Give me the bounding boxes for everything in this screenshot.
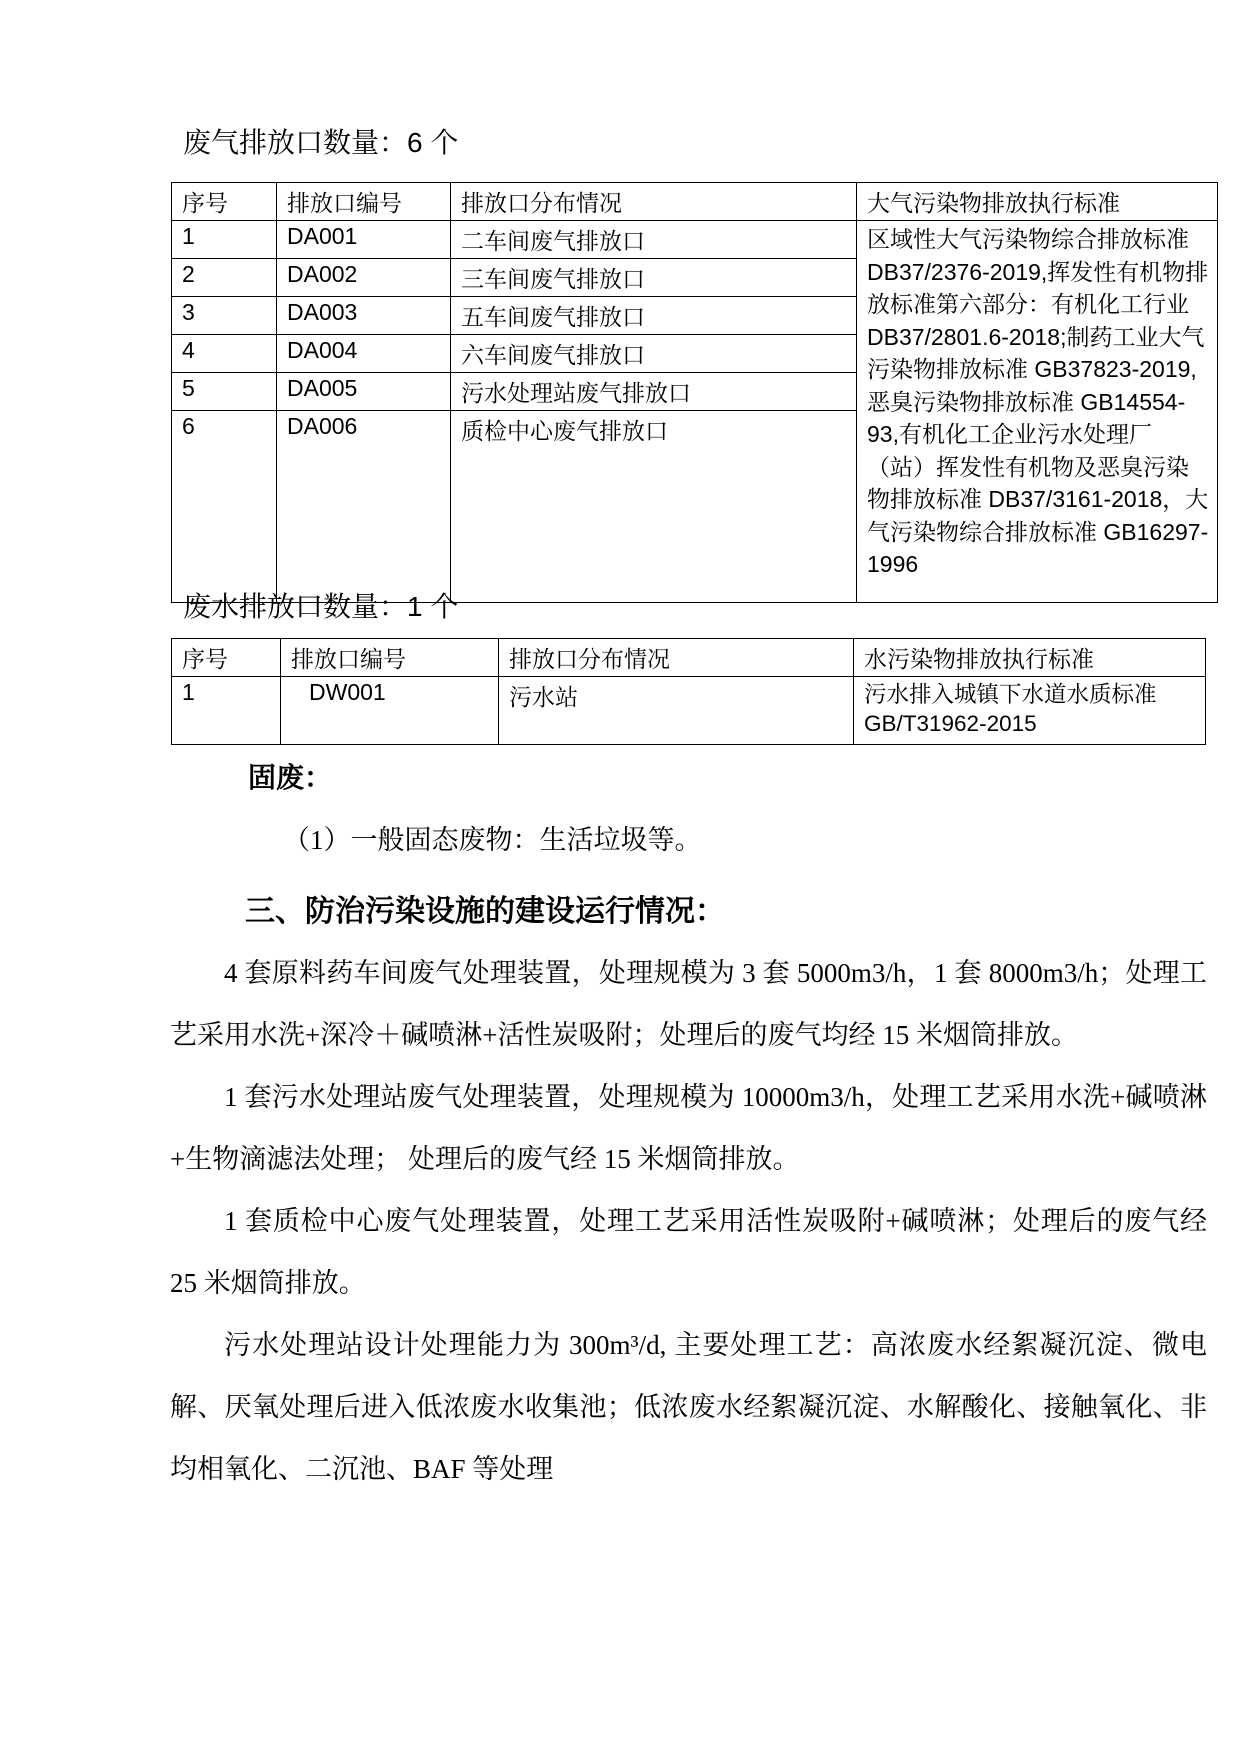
- col-header-outlet-code: 排放口编号: [281, 639, 499, 677]
- section3-heading: 三、防治污染设施的建设运行情况：: [245, 886, 725, 930]
- outlet-location: 三车间废气排放口: [451, 259, 857, 297]
- outlet-location: 污水处理站废气排放口: [451, 373, 857, 411]
- water-outlet-count-title: 废水排放口数量：1 个: [183, 590, 458, 624]
- water-outlet-table: 序号 排放口编号 排放口分布情况 水污染物排放执行标准 1 DW001 污水站 …: [171, 638, 1206, 745]
- air-standard-cell: 区域性大气污染物综合排放标准 DB37/2376-2019,挥发性有机物排放标准…: [857, 221, 1218, 603]
- col-header-index: 序号: [172, 183, 277, 221]
- outlet-code: DA001: [277, 221, 451, 259]
- col-header-water-standard: 水污染物排放执行标准: [854, 639, 1206, 677]
- table-row: 1 DW001 污水站 污水排入城镇下水道水质标准 GB/T31962-2015: [172, 677, 1206, 745]
- paragraph-sewage-station-gas-treatment: 1 套污水处理站废气处理装置，处理规模为 10000m3/h，处理工艺采用水洗+…: [170, 1066, 1207, 1190]
- col-header-outlet-code: 排放口编号: [277, 183, 451, 221]
- solid-waste-item: （1）一般固态废物：生活垃圾等。: [283, 818, 702, 857]
- row-index: 4: [172, 335, 277, 373]
- solid-waste-heading: 固废：: [248, 756, 332, 796]
- outlet-code: DW001: [281, 677, 499, 745]
- outlet-location: 污水站: [499, 677, 854, 745]
- row-index: 2: [172, 259, 277, 297]
- table-header-row: 序号 排放口编号 排放口分布情况 水污染物排放执行标准: [172, 639, 1206, 677]
- outlet-location: 质检中心废气排放口: [451, 411, 857, 603]
- table-header-row: 序号 排放口编号 排放口分布情况 大气污染物排放执行标准: [172, 183, 1218, 221]
- outlet-location: 五车间废气排放口: [451, 297, 857, 335]
- outlet-code: DA002: [277, 259, 451, 297]
- table-row: 1 DA001 二车间废气排放口 区域性大气污染物综合排放标准 DB37/237…: [172, 221, 1218, 259]
- outlet-code: DA004: [277, 335, 451, 373]
- outlet-code: DA005: [277, 373, 451, 411]
- row-index: 1: [172, 221, 277, 259]
- gas-outlet-count-title: 废气排放口数量：6 个: [183, 126, 458, 160]
- document-page: 废气排放口数量：6 个 序号 排放口编号 排放口分布情况 大气污染物排放执行标准…: [0, 0, 1241, 1754]
- paragraph-qc-center-gas-treatment: 1 套质检中心废气处理装置，处理工艺采用活性炭吸附+碱喷淋；处理后的废气经 25…: [170, 1190, 1207, 1314]
- outlet-code: DA003: [277, 297, 451, 335]
- row-index: 1: [172, 677, 281, 745]
- paragraph-gas-treatment-workshops: 4 套原料药车间废气处理装置，处理规模为 3 套 5000m3/h，1 套 80…: [170, 942, 1207, 1066]
- col-header-air-standard: 大气污染物排放执行标准: [857, 183, 1218, 221]
- col-header-outlet-location: 排放口分布情况: [499, 639, 854, 677]
- paragraph-sewage-station-capacity: 污水处理站设计处理能力为 300m³/d, 主要处理工艺：高浓废水经絮凝沉淀、微…: [170, 1314, 1207, 1500]
- col-header-outlet-location: 排放口分布情况: [451, 183, 857, 221]
- col-header-index: 序号: [172, 639, 281, 677]
- water-standard-cell: 污水排入城镇下水道水质标准 GB/T31962-2015: [854, 677, 1206, 745]
- row-index: 5: [172, 373, 277, 411]
- row-index: 6: [172, 411, 277, 603]
- outlet-code: DA006: [277, 411, 451, 603]
- outlet-location: 二车间废气排放口: [451, 221, 857, 259]
- row-index: 3: [172, 297, 277, 335]
- outlet-location: 六车间废气排放口: [451, 335, 857, 373]
- gas-outlet-table: 序号 排放口编号 排放口分布情况 大气污染物排放执行标准 1 DA001 二车间…: [171, 182, 1218, 603]
- section3-body: 4 套原料药车间废气处理装置，处理规模为 3 套 5000m3/h，1 套 80…: [170, 942, 1207, 1500]
